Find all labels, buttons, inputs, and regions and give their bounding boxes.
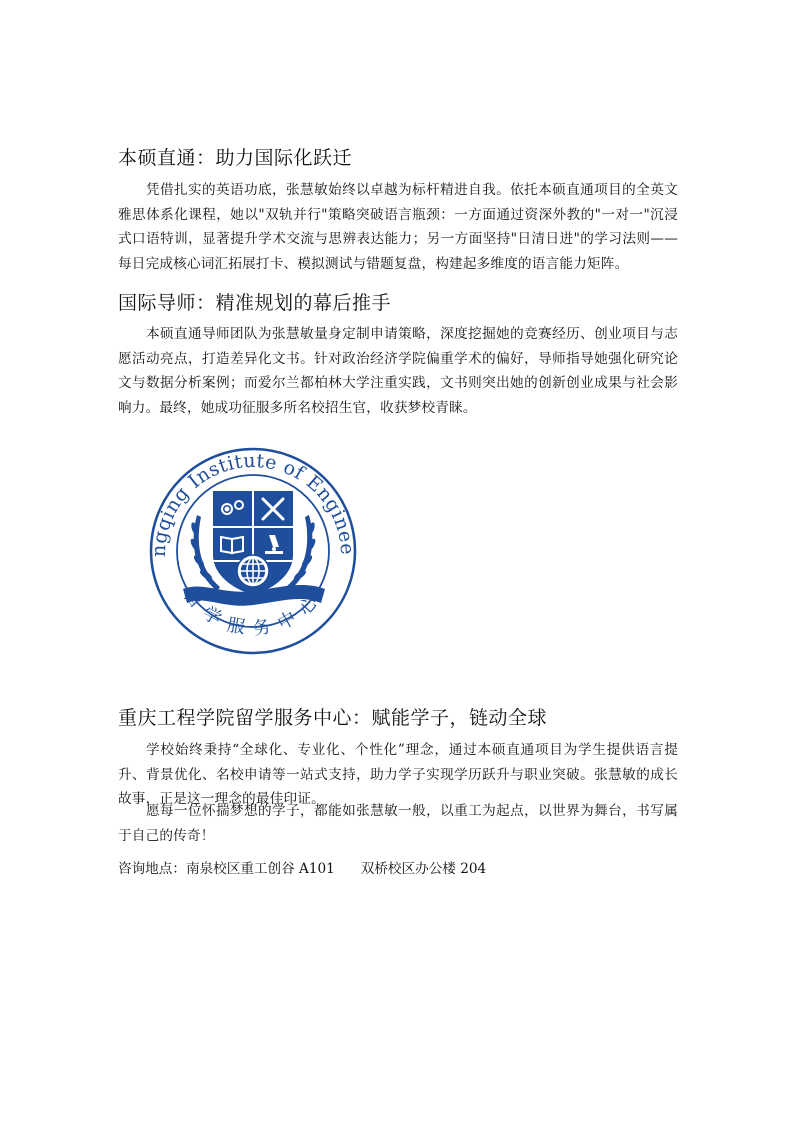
- section-heading-3: 重庆工程学院留学服务中心：赋能学子，链动全球: [118, 706, 547, 730]
- document-page: 本硕直通：助力国际化跃迁 凭借扎实的英语功底，张慧敏始终以卓越为标杆精进自我。依…: [0, 0, 794, 1122]
- section-3-paragraph-2: 愿每一位怀揣梦想的学子，都能如张慧敏一般，以重工为起点，以世界为舞台，书写属于自…: [118, 799, 678, 848]
- section-2-paragraph: 本硕直通导师团队为张慧敏量身定制申请策略，深度挖掘她的竞赛经历、创业项目与志愿活…: [118, 322, 678, 420]
- address-location-1: 南泉校区重工创谷 A101: [186, 861, 335, 877]
- section-heading-2: 国际导师：精准规划的幕后推手: [118, 291, 391, 315]
- address-location-2: 双桥校区办公楼 204: [361, 861, 486, 877]
- section-heading-1: 本硕直通：助力国际化跃迁: [118, 146, 352, 170]
- address-label: 咨询地点：: [118, 861, 186, 877]
- study-abroad-center-logo: Chongqing Institute of Engineering 留学服务中…: [143, 443, 365, 655]
- section-1-paragraph: 凭借扎实的英语功底，张慧敏始终以卓越为标杆精进自我。依托本硕直通项目的全英文雅思…: [118, 178, 678, 276]
- consult-address: 咨询地点：南泉校区重工创谷 A101 双桥校区办公楼 204: [118, 858, 486, 880]
- globe-icon: [237, 555, 269, 587]
